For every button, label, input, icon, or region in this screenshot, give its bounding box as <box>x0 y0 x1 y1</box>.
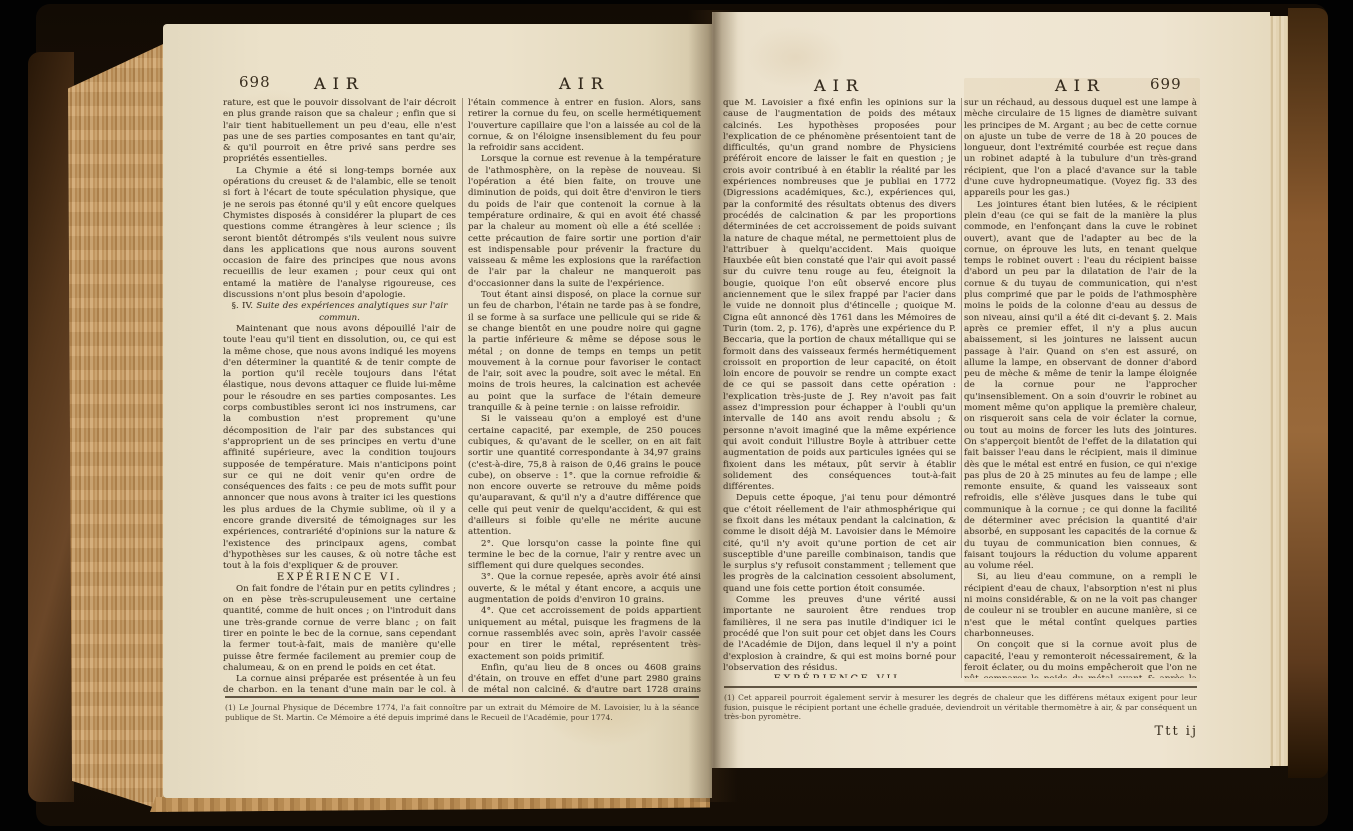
text-column-4: sur un réchaud, au dessous duquel est un… <box>964 98 1197 678</box>
paragraph: On fait fondre de l'étain pur en petits … <box>223 584 456 674</box>
paragraph: §. IV. Suite des expériences analytiques… <box>223 301 456 324</box>
running-head-air-2: AIR <box>559 74 610 93</box>
left-fore-edge <box>68 34 168 812</box>
paragraph: 3°. Que la cornue repesée, après avoir é… <box>468 572 701 606</box>
paragraph: 2°. Que lorsqu'on casse la pointe fine q… <box>468 539 701 573</box>
right-paper-edge <box>1268 16 1290 766</box>
text-column-3: que M. Lavoisier a fixé enfin les opinio… <box>723 98 956 678</box>
running-head-air-4: AIR <box>1055 76 1106 95</box>
running-head-row: AIR AIR <box>223 74 701 93</box>
footnote-rule <box>225 696 699 698</box>
paragraph: La Chymie a été si long-temps bornée aux… <box>223 166 456 302</box>
paragraph: Maintenant que nous avons dépouillé l'ai… <box>223 324 456 573</box>
paragraph: Si, au lieu d'eau commune, on a rempli l… <box>964 572 1197 640</box>
signature-mark: Ttt ij <box>1012 724 1198 739</box>
paragraph: que M. Lavoisier a fixé enfin les opinio… <box>723 98 956 493</box>
paragraph: Comme les preuves d'une vérité aussi imp… <box>723 595 956 674</box>
text-block-right-page: que M. Lavoisier a fixé enfin les opinio… <box>723 98 1197 678</box>
running-head-air-3: AIR <box>814 76 865 95</box>
left-cover-edge <box>28 52 74 802</box>
column-rule <box>961 98 962 678</box>
paragraph: Enfin, qu'au lieu de 8 onces ou 4608 gra… <box>468 663 701 692</box>
paragraph: l'étain commence à entrer en fusion. Alo… <box>468 98 701 154</box>
paragraph: EXPÉRIENCE VII. <box>723 674 956 678</box>
paragraph: La cornue ainsi préparée est présentée à… <box>223 674 456 692</box>
footnote-right-page: (1) Cet appareil pourroit également serv… <box>724 693 1197 722</box>
running-head-air-1: AIR <box>314 74 365 93</box>
running-head-row: AIR AIR <box>723 76 1197 95</box>
paragraph: 4°. Que cet accroissement de poids appar… <box>468 606 701 662</box>
paragraph: Tout étant ainsi disposé, on place la co… <box>468 290 701 414</box>
paragraph: rature, est que le pouvoir dissolvant de… <box>223 98 456 166</box>
text-column-2: l'étain commence à entrer en fusion. Alo… <box>468 98 701 692</box>
column-rule <box>462 98 463 692</box>
paragraph: Si le vaisseau qu'on a employé est d'une… <box>468 414 701 538</box>
paragraph: Les jointures étant bien lutées, & le ré… <box>964 200 1197 573</box>
text-column-1: rature, est que le pouvoir dissolvant de… <box>223 98 456 692</box>
paragraph: EXPÉRIENCE VI. <box>223 572 456 583</box>
left-page: 698 AIR AIR rature, est que le pouvoir d… <box>163 24 712 798</box>
book-photo: 698 AIR AIR rature, est que le pouvoir d… <box>0 0 1353 831</box>
paragraph: Depuis cette époque, j'ai tenu pour démo… <box>723 493 956 595</box>
right-page: 699 AIR AIR que M. Lavoisier a fixé enfi… <box>712 12 1270 768</box>
paragraph: Lorsque la cornue est revenue à la tempé… <box>468 154 701 290</box>
paragraph: On conçoit que si la cornue avoit plus d… <box>964 640 1197 678</box>
footnote-rule <box>724 686 1197 688</box>
paragraph: sur un réchaud, au dessous duquel est un… <box>964 98 1197 200</box>
footnote-left-page: (1) Le Journal Physique de Décembre 1774… <box>225 703 699 722</box>
right-cover-edge <box>1288 8 1328 778</box>
